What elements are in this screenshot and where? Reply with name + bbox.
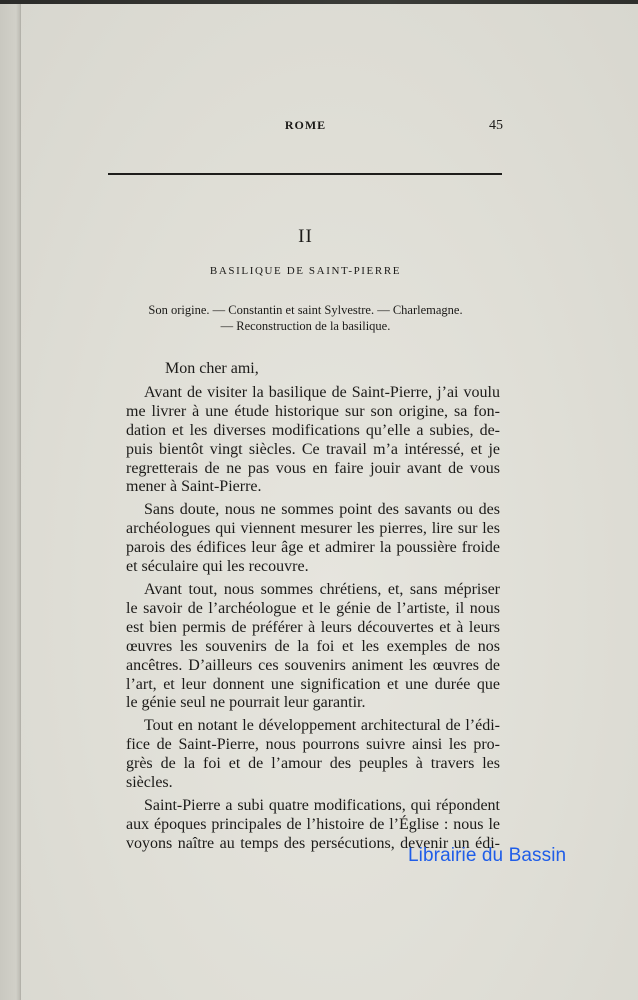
- text-line: archéologues qui viennent mesurer les pi…: [108, 520, 500, 539]
- paragraph: Tout en notant le développement architec…: [108, 717, 500, 793]
- binding-gutter: [0, 4, 21, 1000]
- paragraph: Avant de visiter la basilique de Saint-P…: [108, 384, 500, 497]
- text-line: Sans doute, nous ne sommes point des sav…: [108, 501, 500, 520]
- running-title: ROME: [108, 118, 503, 133]
- body-text: Mon cher ami, Avant de visiter la basili…: [108, 360, 500, 858]
- text-line: me livrer à une étude historique sur son…: [108, 403, 500, 422]
- text-line: aux époques principales de l’histoire de…: [108, 816, 500, 835]
- text-line: l’art, et leur donnent une signification…: [108, 676, 500, 695]
- text-line: Avant de visiter la basilique de Saint-P…: [108, 384, 500, 403]
- watermark: Librairie du Bassin: [408, 845, 566, 867]
- text-line: œuvres les souvenirs de la foi et les ex…: [108, 638, 500, 657]
- text-line: parois des édifices leur âge et admirer …: [108, 539, 500, 558]
- text-line: fice de Saint-Pierre, nous pourrons suiv…: [108, 736, 500, 755]
- chapter-summary-line: Son origine. — Constantin et saint Sylve…: [108, 302, 503, 318]
- chapter-title: BASILIQUE DE SAINT-PIERRE: [108, 265, 503, 277]
- text-line: siècles.: [108, 774, 500, 793]
- chapter-number: II: [108, 226, 503, 248]
- text-line: mener à Saint-Pierre.: [108, 478, 500, 497]
- running-head: ROME 45: [108, 118, 503, 138]
- paragraph: Avant tout, nous sommes chrétiens, et, s…: [108, 581, 500, 713]
- salutation: Mon cher ami,: [108, 360, 500, 379]
- chapter-summary: Son origine. — Constantin et saint Sylve…: [108, 302, 503, 334]
- text-line: le génie seul ne pourrait leur garantir.: [108, 694, 500, 713]
- paragraph: Sans doute, nous ne sommes point des sav…: [108, 501, 500, 577]
- chapter-summary-line: — Reconstruction de la basilique.: [108, 318, 503, 334]
- text-line: dation et les diverses modifications qu’…: [108, 422, 500, 441]
- text-line: puis bientôt vingt siècles. Ce travail m…: [108, 441, 500, 460]
- text-line: est bien permis de préférer à leurs déco…: [108, 619, 500, 638]
- text-line: et séculaire qui les recouvre.: [108, 558, 500, 577]
- text-line: Avant tout, nous sommes chrétiens, et, s…: [108, 581, 500, 600]
- text-line: regretterais de ne pas vous en faire jou…: [108, 460, 500, 479]
- text-line: le savoir de l’archéologue et le génie d…: [108, 600, 500, 619]
- header-rule: [108, 173, 502, 175]
- text-line: ancêtres. D’ailleurs ces souvenirs anime…: [108, 657, 500, 676]
- text-line: Tout en notant le développement architec…: [108, 717, 500, 736]
- text-line: Saint-Pierre a subi quatre modifications…: [108, 797, 500, 816]
- page-number: 45: [489, 118, 503, 134]
- text-line: grès de la foi et de l’amour des peuples…: [108, 755, 500, 774]
